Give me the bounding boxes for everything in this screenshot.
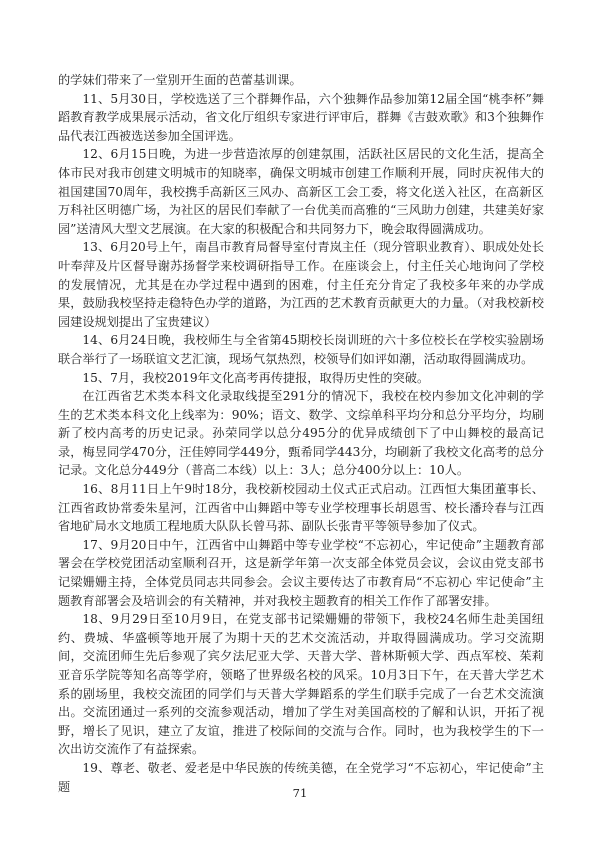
paragraph-item-11: 11、5月30日，学校选送了三个群舞作品，六个独舞作品参加第12届全国“桃李杯”… [58, 90, 544, 146]
paragraph-item-18: 18、9月29日至10月9日，在党支部书记梁姗姗的带领下，我校24名师生赴美国纽… [58, 610, 544, 759]
paragraph-item-15-detail: 在江西省艺术类本科文化录取线提至291分的情况下，我校在校内参加文化冲刺的学生的… [58, 387, 544, 480]
paragraph-continuation: 的学妹们带来了一堂别开生面的芭蕾基训课。 [58, 71, 544, 90]
paragraph-item-15: 15、7月，我校2019年文化高考再传捷报，取得历史性的突破。 [58, 369, 544, 388]
document-body: 的学妹们带来了一堂别开生面的芭蕾基训课。 11、5月30日，学校选送了三个群舞作… [58, 71, 544, 796]
paragraph-item-16: 16、8月11日上午9时18分，我校新校园动土仪式正式启动。江西恒大集团董事长、… [58, 480, 544, 536]
paragraph-item-12: 12、6月15日晚，为进一步营造浓厚的创建氛围，活跃社区居民的文化生活，提高全体… [58, 145, 544, 238]
paragraph-item-17: 17、9月20日中午，江西省中山舞蹈中等专业学校“不忘初心，牢记使命”主题教育部… [58, 536, 544, 610]
document-page: 的学妹们带来了一堂别开生面的芭蕾基训课。 11、5月30日，学校选送了三个群舞作… [0, 0, 600, 849]
page-number: 71 [0, 786, 600, 800]
paragraph-item-13: 13、6月20号上午，南昌市教育局督导室付青岚主任（现分管职业教育）、职成处处长… [58, 238, 544, 331]
paragraph-item-14: 14、6月24日晚，我校师生与全省第45期校长岗训班的六十多位校长在学校实验剧场… [58, 331, 544, 368]
